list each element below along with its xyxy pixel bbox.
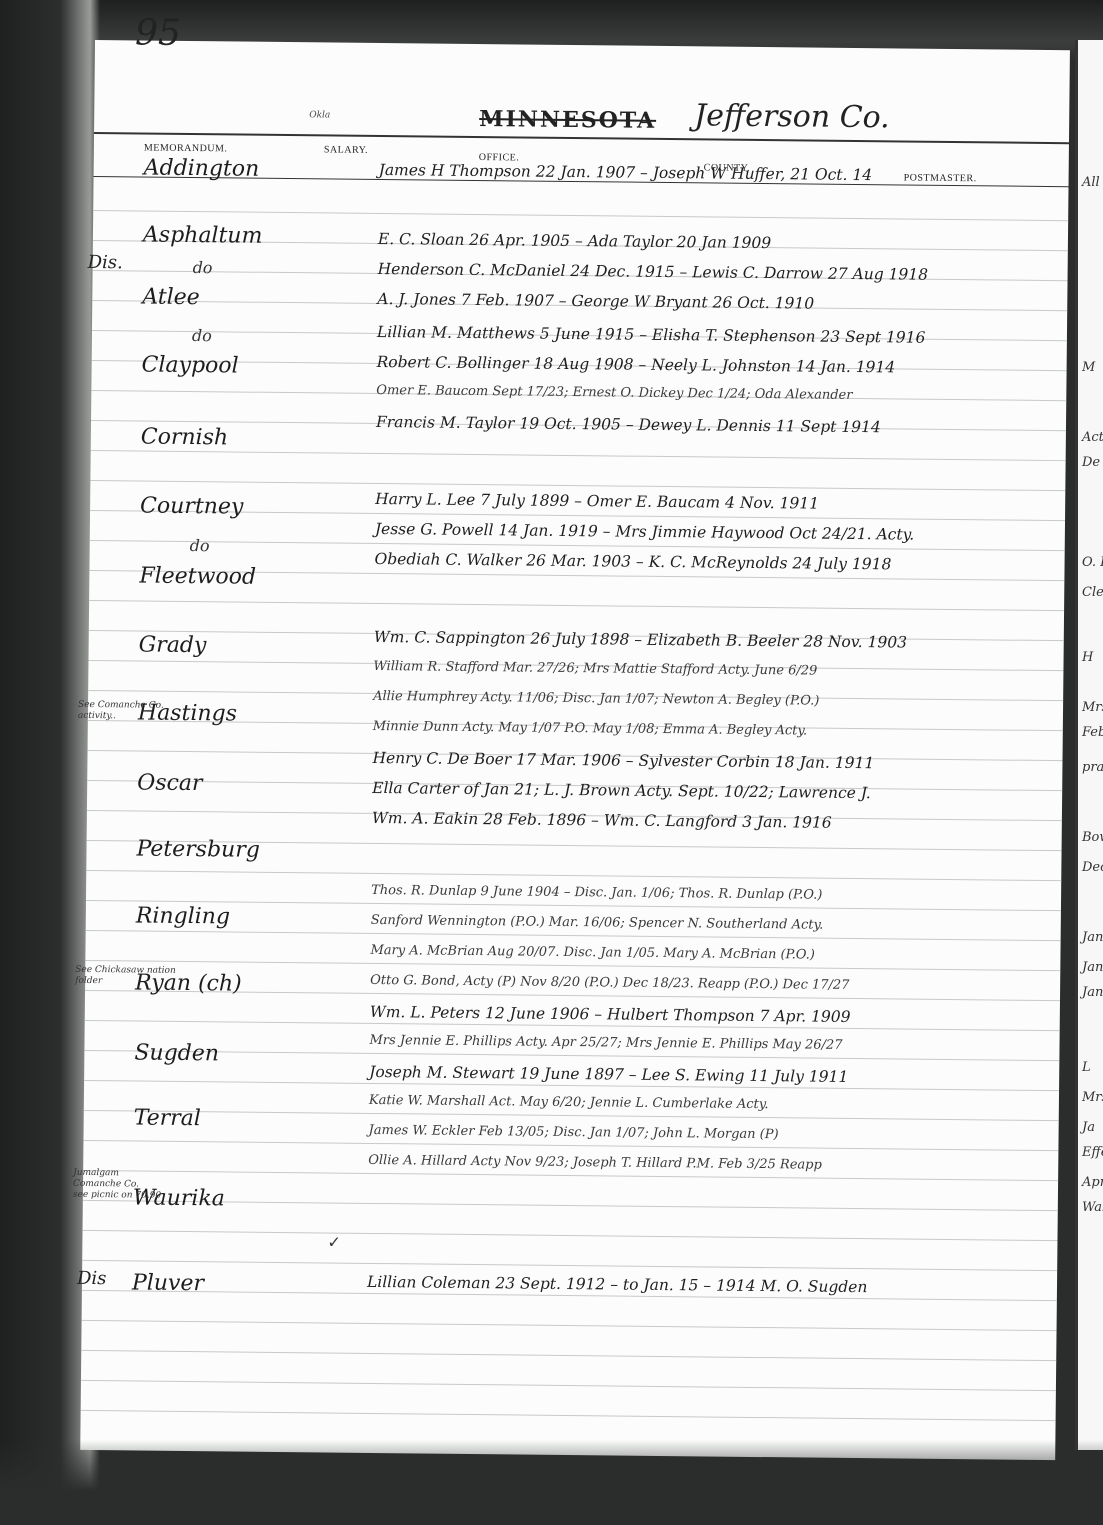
row-rule: [86, 930, 1061, 941]
row-rule: [84, 1050, 1059, 1061]
row-rule: [91, 450, 1066, 461]
postmaster-entry: Wm. L. Peters 12 June 1906 – Hulbert Tho…: [370, 1003, 851, 1026]
office-name: Courtney: [140, 493, 243, 519]
office-name: Sugden: [134, 1040, 219, 1066]
adjacent-page-fragment: Jan: [1082, 960, 1103, 975]
office-name: Ringling: [136, 903, 230, 929]
scan-bottom-shadow: [0, 1440, 1103, 1525]
header-rule-top: [94, 132, 1069, 144]
postmaster-entry: Thos. R. Dunlap 9 June 1904 – Disc. Jan.…: [371, 883, 822, 903]
adjacent-page-fragment: Jan 1/: [1082, 985, 1103, 1000]
row-rule: [93, 210, 1068, 221]
adjacent-page-fragment: Dec: [1082, 860, 1103, 875]
postmaster-entry: Otto G. Bond, Acty (P) Nov 8/20 (P.O.) D…: [370, 973, 849, 993]
postmaster-entry: Wm. C. Sappington 26 July 1898 – Elizabe…: [374, 628, 907, 652]
adjacent-page-fragment: prac: [1082, 760, 1103, 775]
adjacent-page-fragment: Mrs: [1082, 700, 1103, 715]
office-name: Claypool: [141, 353, 238, 379]
postmaster-entry: Lillian M. Matthews 5 June 1915 – Elisha…: [377, 323, 926, 347]
office-name: Atlee: [142, 285, 200, 311]
postmaster-entry: Minnie Dunn Acty. May 1/07 P.O. May 1/08…: [373, 719, 808, 739]
office-name: Grady: [139, 632, 207, 658]
column-header-memorandum: MEMORANDUM.: [144, 143, 228, 155]
adjacent-page-fragment: De: [1082, 455, 1100, 470]
struck-state-title: MINNESOTA: [479, 106, 656, 134]
adjacent-page-fragment: Wal: [1082, 1200, 1103, 1215]
adjacent-page-fragment: Jan: [1082, 930, 1103, 945]
office-name: Terral: [134, 1105, 201, 1131]
postmaster-entry: James W. Eckler Feb 13/05; Disc. Jan 1/0…: [369, 1123, 779, 1142]
office-name: Cornish: [141, 425, 229, 451]
adjacent-page-edge: AllMActyDeO. ECleHMrsFeb. 24pracBoweDecJ…: [1075, 40, 1103, 1450]
row-rule: [83, 1170, 1058, 1181]
adjacent-page-fragment: H: [1082, 650, 1093, 665]
row-rule: [83, 1140, 1058, 1151]
row-rule: [85, 960, 1060, 971]
row-rule: [82, 1320, 1057, 1331]
column-header-salary: SALARY.: [324, 144, 368, 155]
county-title: Jefferson Co.: [694, 98, 890, 135]
postmaster-entry: Obediah C. Walker 26 Mar. 1903 – K. C. M…: [374, 550, 891, 573]
adjacent-page-fragment: L: [1082, 1060, 1091, 1075]
row-rule: [83, 1230, 1058, 1241]
postmaster-entry: Harry L. Lee 7 July 1899 – Omer E. Bauca…: [375, 490, 819, 513]
row-rule: [86, 870, 1061, 881]
memorandum-note: See Chickasaw nation folder: [75, 965, 179, 988]
adjacent-page-fragment: Cle: [1082, 585, 1103, 600]
office-name: Addington: [144, 156, 260, 182]
memorandum-note: See Comanche Co. activity..: [78, 700, 167, 723]
memorandum-note: Jumalgam Comanche Co. see picnic on 70.9…: [73, 1168, 162, 1202]
row-rule: [89, 600, 1064, 611]
postmaster-entry: Ella Carter of Jan 21; L. J. Brown Acty.…: [372, 779, 871, 802]
office-name: Fleetwood: [139, 563, 256, 589]
row-rule: [82, 1260, 1057, 1271]
postmaster-entry: Jesse G. Powell 14 Jan. 1919 – Mrs Jimmi…: [375, 520, 915, 544]
ditto-mark: do: [192, 326, 212, 345]
postmaster-entry: A. J. Jones 7 Feb. 1907 – George W Bryan…: [377, 290, 814, 313]
postmaster-entry: E. C. Sloan 26 Apr. 1905 – Ada Taylor 20…: [378, 230, 771, 252]
adjacent-page-fragment: Effe: [1082, 1145, 1103, 1160]
discontinued-note: Dis.: [88, 252, 123, 273]
adjacent-page-fragment: Bowe: [1082, 830, 1103, 845]
postmaster-entry: Lillian Coleman 23 Sept. 1912 – to Jan. …: [367, 1273, 868, 1296]
row-rule: [90, 540, 1065, 551]
office-name: Oscar: [137, 770, 203, 796]
ledger-page: 95 Okla MINNESOTA Jefferson Co. MEMORAND…: [80, 40, 1070, 1460]
adjacent-page-fragment: Ja: [1082, 1120, 1095, 1135]
office-name: Petersburg: [136, 836, 260, 862]
row-rule: [86, 900, 1061, 911]
ditto-mark: do: [190, 536, 210, 555]
postmaster-entry: Mary A. McBrian Aug 20/07. Disc. Jan 1/0…: [370, 943, 815, 963]
postmaster-entry: Francis M. Taylor 19 Oct. 1905 – Dewey L…: [376, 413, 881, 436]
adjacent-page-fragment: M: [1082, 360, 1095, 375]
row-rule: [81, 1380, 1056, 1391]
adjacent-page-fragment: Acty: [1082, 430, 1103, 445]
row-rule: [90, 480, 1065, 491]
postmaster-entry: Henry C. De Boer 17 Mar. 1906 – Sylveste…: [372, 749, 874, 772]
postmaster-entry: Katie W. Marshall Act. May 6/20; Jennie …: [369, 1093, 769, 1112]
row-rule: [84, 1110, 1059, 1121]
check-mark-icon: ✓: [327, 1233, 341, 1252]
adjacent-page-fragment: Mrs M: [1082, 1090, 1103, 1105]
adjacent-page-fragment: O. E: [1082, 555, 1103, 570]
adjacent-page-fragment: Feb. 24: [1082, 725, 1103, 740]
header-small-note: Okla: [309, 110, 330, 120]
row-rule: [81, 1350, 1056, 1361]
office-name: Asphaltum: [143, 223, 263, 249]
adjacent-page-fragment: All: [1082, 175, 1100, 190]
row-rule: [81, 1410, 1056, 1421]
column-header-postmaster: POSTMASTER.: [904, 172, 977, 184]
postmaster-entry: Henderson C. McDaniel 24 Dec. 1915 – Lew…: [378, 260, 929, 284]
page-number: 95: [135, 12, 181, 53]
postmaster-entry: Mrs Jennie E. Phillips Acty. Apr 25/27; …: [369, 1033, 842, 1053]
postmaster-entry: Joseph M. Stewart 19 June 1897 – Lee S. …: [369, 1063, 848, 1086]
adjacent-page-fragment: Apr 6: [1082, 1175, 1103, 1190]
postmaster-entry: William R. Stafford Mar. 27/26; Mrs Matt…: [373, 659, 817, 679]
postmaster-entry: Ollie A. Hillard Acty Nov 9/23; Joseph T…: [368, 1153, 822, 1173]
postmaster-entry: Wm. A. Eakin 28 Feb. 1896 – Wm. C. Langf…: [372, 809, 832, 832]
office-name: Pluver: [132, 1270, 204, 1296]
postmaster-entry: Robert C. Bollinger 18 Aug 1908 – Neely …: [377, 353, 896, 376]
postmaster-entry: Sanford Wennington (P.O.) Mar. 16/06; Sp…: [371, 913, 824, 933]
postmaster-entry: Allie Humphrey Acty. 11/06; Disc. Jan 1/…: [373, 689, 819, 709]
ditto-mark: do: [193, 258, 213, 277]
row-rule: [83, 1200, 1058, 1211]
discontinued-note: Dis: [77, 1268, 107, 1289]
postmaster-entry: Omer E. Baucom Sept 17/23; Ernest O. Dic…: [376, 383, 852, 403]
